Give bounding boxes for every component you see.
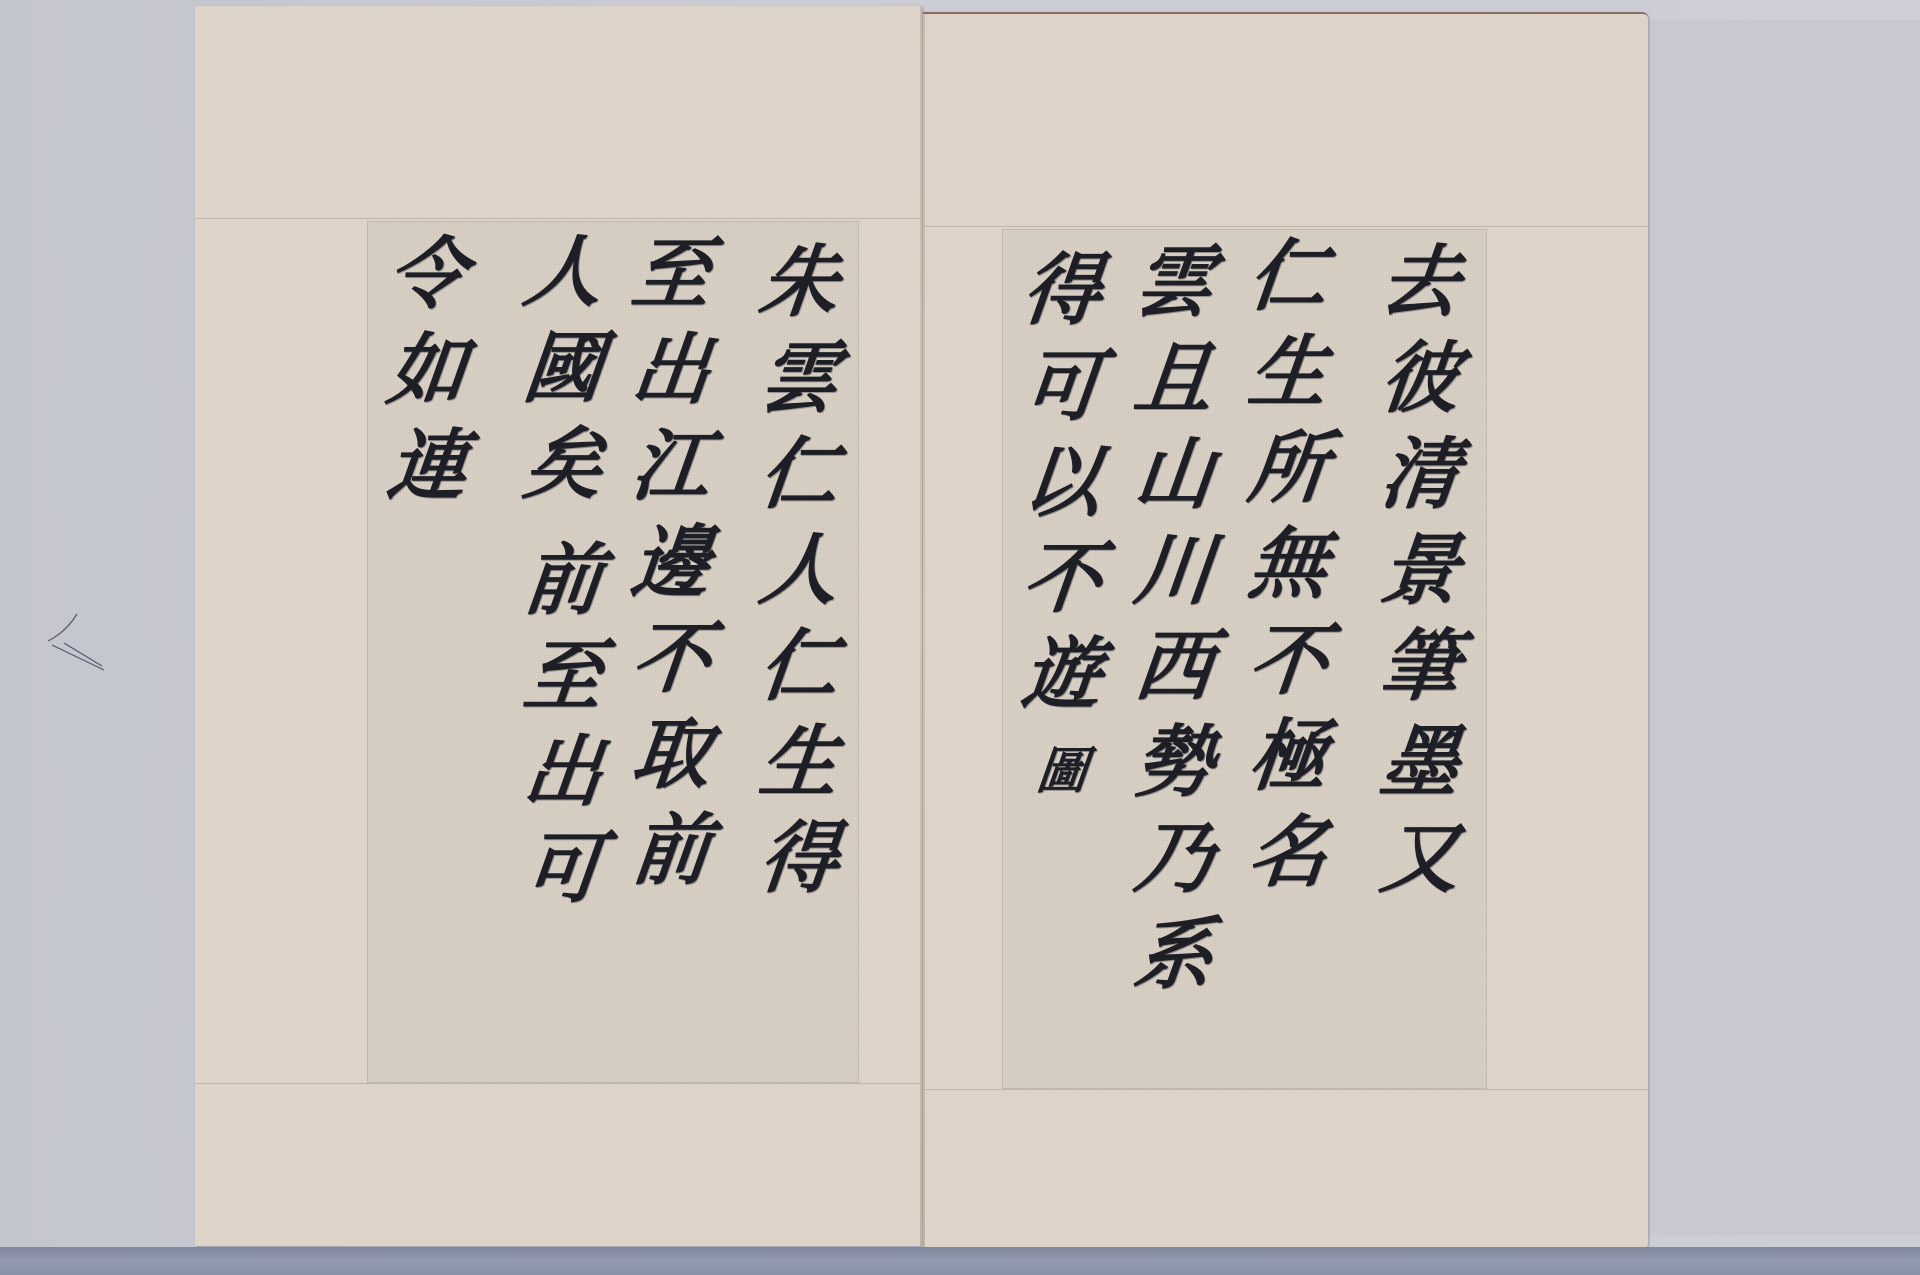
left-column-4: 令 如 連 (367, 221, 487, 1087)
right-column-3: 雲 且 山 川 西 勢 乃 系 (1114, 229, 1234, 1095)
character: 生 (755, 715, 843, 811)
character: 遊 (1018, 627, 1106, 723)
character: 筆 (1376, 619, 1464, 715)
character: 仁 (1244, 229, 1332, 325)
character: 至 (627, 227, 715, 323)
character: 墨 (1376, 715, 1464, 811)
character-gap (562, 513, 564, 533)
character: 清 (1376, 427, 1464, 523)
character: 出 (519, 725, 607, 821)
character: 仁 (755, 619, 843, 715)
character: 至 (519, 629, 607, 725)
character: 不 (1244, 613, 1332, 709)
character: 彼 (1376, 331, 1464, 427)
right-album-leaf: 去 彼 清 景 筆 墨 又 仁 生 所 無 不 極 名 雲 且 山 川 西 勢 … (923, 12, 1648, 1248)
character: 可 (519, 821, 607, 917)
character: 無 (1244, 517, 1332, 613)
character: 生 (1244, 325, 1332, 421)
right-silk-panel: 去 彼 清 景 筆 墨 又 仁 生 所 無 不 極 名 雲 且 山 川 西 勢 … (1002, 229, 1487, 1089)
character: 人 (755, 523, 843, 619)
character: 去 (1376, 235, 1464, 331)
character: 出 (627, 323, 715, 419)
character: 川 (1130, 523, 1218, 619)
character: 朱 (755, 235, 843, 331)
character: 不 (627, 611, 715, 707)
character: 得 (1018, 243, 1106, 339)
right-column-2: 仁 生 所 無 不 極 名 (1228, 229, 1348, 1089)
character: 系 (1130, 907, 1218, 1003)
right-column-1: 去 彼 清 景 筆 墨 又 (1360, 229, 1480, 1095)
character: 以 (1018, 435, 1106, 531)
base-surface (0, 1247, 1920, 1275)
character: 可 (1018, 339, 1106, 435)
character: 令 (383, 227, 471, 323)
left-column-2: 至 出 江 邊 不 取 前 (611, 221, 731, 1087)
character: 極 (1244, 709, 1332, 805)
character: 連 (383, 419, 471, 515)
center-fold-edge (923, 14, 925, 1248)
character: 景 (1376, 523, 1464, 619)
character: 名 (1244, 805, 1332, 901)
character: 西 (1130, 619, 1218, 715)
character: 乃 (1130, 811, 1218, 907)
character: 前 (627, 803, 715, 899)
character: 仁 (755, 427, 843, 523)
character: 且 (1130, 331, 1218, 427)
character: 所 (1244, 421, 1332, 517)
character: 江 (627, 419, 715, 515)
character: 國 (519, 321, 607, 417)
character: 前 (519, 533, 607, 629)
character: 取 (627, 707, 715, 803)
center-fold (920, 6, 922, 1246)
left-album-leaf: 朱 雲 仁 人 仁 生 得 至 出 江 邊 不 取 前 人 國 矣 前 至 出 … (195, 6, 922, 1246)
left-silk-panel: 朱 雲 仁 人 仁 生 得 至 出 江 邊 不 取 前 人 國 矣 前 至 出 … (367, 221, 859, 1083)
right-column-4: 得 可 以 不 遊 圖 (1002, 229, 1122, 1103)
character: 如 (383, 323, 471, 419)
character: 又 (1376, 811, 1464, 907)
character: 山 (1130, 427, 1218, 523)
underlying-sheet (1648, 20, 1920, 1235)
top-band-line (195, 218, 922, 219)
character: 不 (1018, 531, 1106, 627)
character: 勢 (1130, 715, 1218, 811)
left-column-1: 朱 雲 仁 人 仁 生 得 (739, 221, 859, 1095)
left-column-3: 人 國 矣 前 至 出 可 (503, 221, 623, 1085)
character: 邊 (627, 515, 715, 611)
character: 人 (519, 225, 607, 321)
character: 矣 (519, 417, 607, 513)
character: 雲 (755, 331, 843, 427)
top-band-line (923, 226, 1648, 227)
character: 雲 (1130, 235, 1218, 331)
pencil-mark-icon (44, 608, 114, 678)
seal-character: 圖 (1032, 723, 1092, 819)
character: 得 (755, 811, 843, 907)
